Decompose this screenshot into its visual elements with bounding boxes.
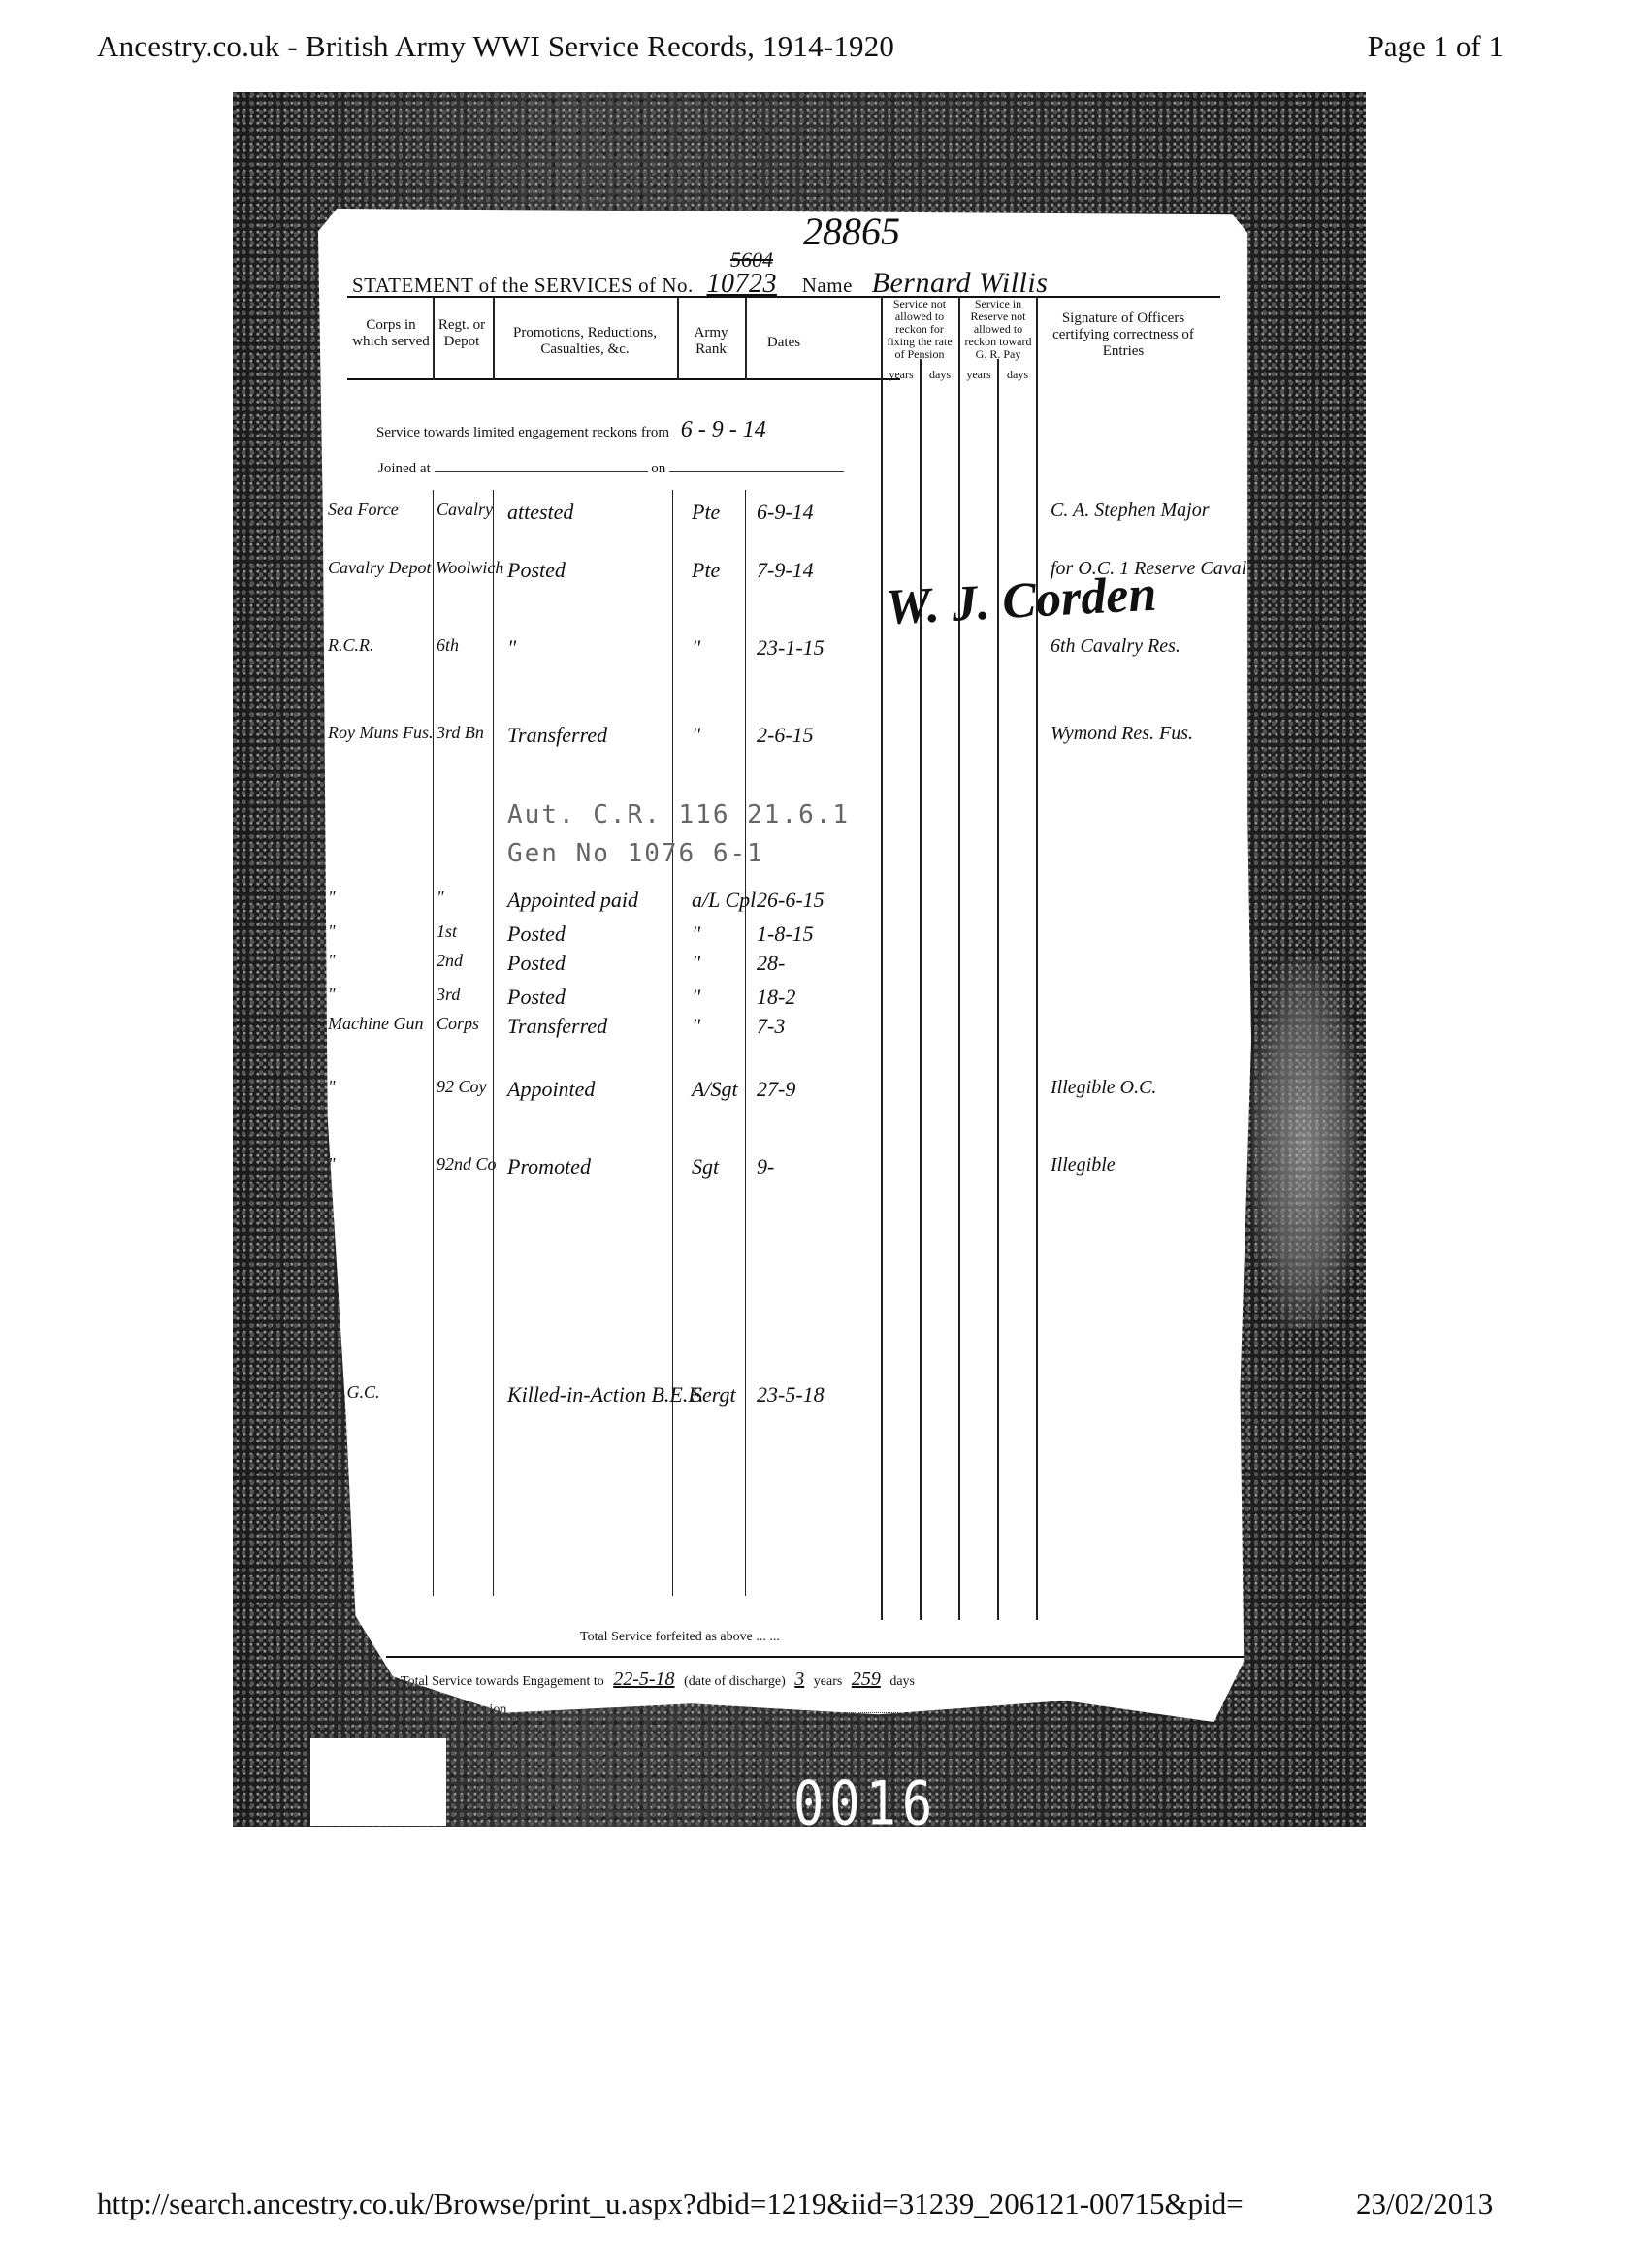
- scan-label-tab: [310, 1738, 446, 1826]
- reckons-from-line: Service towards limited engagement recko…: [376, 417, 766, 443]
- joined-at-line: Joined at on: [378, 461, 844, 477]
- frame-number: 0016: [793, 1769, 938, 1839]
- row-officer-signature: 6th Cavalry Res.: [1051, 635, 1180, 658]
- col-officer-signature: Signature of Officers certifying correct…: [1046, 310, 1201, 360]
- col-service-not-allowed: Service not allowed to reckon for fixing…: [881, 298, 958, 361]
- row-corps: Cavalry Depot Woolwich: [328, 558, 503, 578]
- total-engagement-label: Total Service towards Engagement to: [401, 1674, 604, 1689]
- row-regt: ": [436, 888, 444, 908]
- row-rank: Pte: [692, 500, 720, 525]
- row-event: attested: [507, 500, 573, 525]
- row-regt: 3rd Bn: [436, 723, 484, 743]
- row-officer-signature: Illegible: [1051, 1154, 1115, 1177]
- row-corps: Sea Force: [328, 500, 399, 520]
- row-event: Appointed paid: [507, 888, 638, 913]
- col-divider: [493, 490, 494, 1596]
- row-rank: ": [692, 922, 700, 947]
- header-rule-top: [347, 296, 1220, 298]
- row-date: 28-: [757, 951, 785, 976]
- form-title-prefix: STATEMENT of the SERVICES of No.: [352, 274, 694, 297]
- row-date: 6-9-14: [757, 500, 814, 525]
- row-date: 7-3: [757, 1014, 785, 1039]
- row-event: Transferred: [507, 723, 607, 748]
- row-corps: ": [328, 1077, 336, 1097]
- col-divider: [1036, 296, 1038, 1620]
- col-divider: [745, 490, 746, 1596]
- date-of-label: (date of discharge): [684, 1674, 786, 1689]
- sub-col-days-2: days: [999, 369, 1036, 381]
- total-engagement-line: Total Service towards Engagement to 22-5…: [401, 1669, 915, 1691]
- row-regt: 3rd: [436, 985, 460, 1005]
- row-date: 27-9: [757, 1077, 795, 1102]
- col-divider: [677, 298, 679, 380]
- row-corps: ": [328, 888, 336, 908]
- row-event: Transferred: [507, 1014, 607, 1039]
- col-regt: Regt. or Depot: [433, 317, 491, 350]
- row-event: Promoted: [507, 1154, 591, 1180]
- print-footer-url: http://search.ancestry.co.uk/Browse/prin…: [97, 2187, 1244, 2221]
- form-title: STATEMENT of the SERVICES of No. 10723 N…: [352, 267, 1048, 300]
- joined-label: Joined at: [378, 461, 431, 476]
- col-divider: [433, 490, 434, 1596]
- row-date: 2-6-15: [757, 723, 814, 748]
- row-officer-signature: C. A. Stephen Major: [1051, 500, 1210, 522]
- row-date: 23-1-15: [757, 635, 824, 661]
- print-date: 23/02/2013: [1356, 2187, 1493, 2221]
- col-divider: [881, 296, 883, 1620]
- scan-shading: [1251, 960, 1358, 1329]
- col-reserve-service: Service in Reserve not allowed to reckon…: [960, 298, 1036, 361]
- col-dates: Dates: [745, 335, 823, 351]
- row-regt: 92 Coy: [436, 1077, 487, 1097]
- row-event: Posted: [507, 558, 566, 583]
- row-event: Posted: [507, 985, 566, 1010]
- row-corps: Machine Gun: [328, 1014, 423, 1034]
- col-divider: [745, 298, 747, 380]
- page-indicator: Page 1 of 1: [1368, 29, 1503, 64]
- service-years: 3: [794, 1669, 804, 1690]
- row-regt: Corps: [436, 1014, 479, 1034]
- officer-signature-large: W. J. Corden: [885, 566, 1158, 637]
- service-record-form: 28865 5604 STATEMENT of the SERVICES of …: [318, 209, 1251, 1722]
- row-date: 23-5-18: [757, 1382, 824, 1408]
- col-divider: [997, 359, 999, 1620]
- row-date: 1-8-15: [757, 922, 814, 947]
- service-days: 259: [852, 1669, 881, 1690]
- col-corps: Corps in which served: [347, 317, 435, 350]
- col-divider: [493, 298, 495, 380]
- row-officer-signature: Illegible O.C.: [1051, 1077, 1156, 1099]
- years-label: years: [814, 1674, 843, 1689]
- record-number-top: 28865: [803, 209, 900, 254]
- row-rank: a/L Cpl: [692, 888, 756, 913]
- reckons-label: Service towards limited engagement recko…: [376, 425, 669, 440]
- col-rank: Army Rank: [677, 325, 745, 358]
- row-rank: ": [692, 951, 700, 976]
- row-date: 7-9-14: [757, 558, 814, 583]
- row-corps: R.C.R.: [328, 635, 374, 656]
- row-rank: ": [692, 1014, 700, 1039]
- row-corps: Roy Muns Fus.: [328, 723, 433, 743]
- row-event: ": [507, 635, 516, 661]
- row-rank: ": [692, 723, 700, 748]
- row-event: Appointed: [507, 1077, 595, 1102]
- sub-col-years-1: years: [883, 369, 920, 381]
- name-label: Name: [802, 274, 853, 297]
- row-rank: Sergt: [692, 1382, 736, 1408]
- header-rule-bottom: [347, 378, 900, 380]
- row-date: 9-: [757, 1154, 774, 1180]
- sub-col-years-2: years: [960, 369, 997, 381]
- engagement-date: 22-5-18: [613, 1669, 674, 1690]
- row-date: 26-6-15: [757, 888, 824, 913]
- row-rank: Pte: [692, 558, 720, 583]
- stamp-line-2: Gen No 1076 6-1: [507, 839, 764, 868]
- soldier-name: Bernard Willis: [872, 267, 1049, 299]
- row-regt: 2nd: [436, 951, 463, 971]
- service-number: 10723: [707, 269, 778, 299]
- col-promotions: Promotions, Reductions, Casualties, &c.: [493, 325, 677, 358]
- row-regt: Cavalry: [436, 500, 493, 520]
- row-corps: ": [328, 985, 336, 1005]
- row-corps: ": [328, 922, 336, 942]
- print-header-title: Ancestry.co.uk - British Army WWI Servic…: [97, 29, 894, 64]
- sub-col-days-1: days: [921, 369, 958, 381]
- reckons-date: 6 - 9 - 14: [681, 417, 766, 442]
- total-forfeited-label: Total Service forfeited as above ... ...: [580, 1630, 780, 1645]
- row-event: Killed-in-Action B.E.F.: [507, 1382, 703, 1408]
- row-rank: A/Sgt: [692, 1077, 738, 1102]
- row-officer-signature: Wymond Res. Fus.: [1051, 723, 1193, 745]
- col-divider: [672, 490, 673, 1596]
- col-divider: [433, 298, 435, 380]
- row-regt: 1st: [436, 922, 457, 942]
- footer-rule: [386, 1656, 1249, 1658]
- row-rank: ": [692, 985, 700, 1010]
- row-rank: ": [692, 635, 700, 661]
- row-rank: Sgt: [692, 1154, 719, 1180]
- on-label: on: [651, 461, 665, 476]
- stamp-line-1: Aut. C.R. 116 21.6.1: [507, 800, 850, 829]
- col-divider: [920, 359, 921, 1620]
- row-date: 18-2: [757, 985, 795, 1010]
- row-event: Posted: [507, 951, 566, 976]
- row-regt: 92nd Co: [436, 1154, 497, 1175]
- col-divider: [958, 296, 960, 1620]
- row-regt: 6th: [436, 635, 459, 656]
- row-corps: ": [328, 951, 336, 971]
- row-event: Posted: [507, 922, 566, 947]
- days-label: days: [889, 1674, 915, 1689]
